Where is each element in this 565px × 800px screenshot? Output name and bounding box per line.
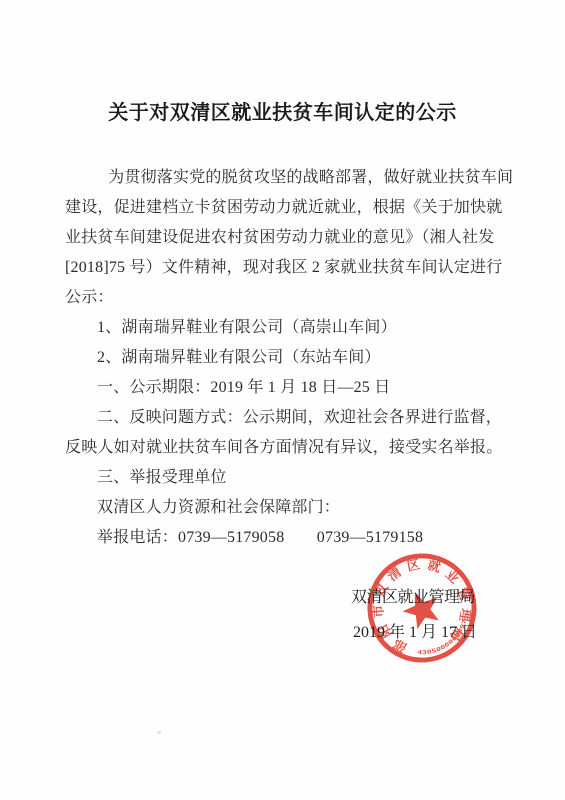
body-line: [2018]75 号）文件精神，现对我区 2 家就业扶贫车间认定进行 [65, 253, 503, 283]
body-line: 反映人如对就业扶贫车间各方面情况有异议，接受实名举报。 [65, 433, 503, 463]
list-item: 2、湖南瑞昇鞋业有限公司（东站车间） [65, 343, 503, 373]
body-line: 举报电话：0739—5179058 0739—5179158 [65, 523, 503, 553]
document-body: 为贯彻落实党的脱贫攻坚的战略部署，做好就业扶贫车间 建设，促进建档立卡贫困劳动力… [65, 163, 503, 553]
list-item: 一、公示期限：2019 年 1 月 18 日—25 日 [65, 373, 503, 403]
scan-artifact [157, 731, 161, 734]
document-page: 关于对双清区就业扶贫车间认定的公示 为贯彻落实党的脱贫攻坚的战略部署，做好就业扶… [0, 0, 565, 800]
body-line: 为贯彻落实党的脱贫攻坚的战略部署，做好就业扶贫车间 [65, 163, 503, 193]
document-title: 关于对双清区就业扶贫车间认定的公示 [0, 96, 565, 125]
body-line: 公示： [65, 283, 503, 313]
list-item: 1、湖南瑞昇鞋业有限公司（高崇山车间） [65, 313, 503, 343]
official-seal-stamp: 邵阳市双清区就业管理局 4305000000997 [362, 548, 482, 668]
list-item: 三、举报受理单位 [65, 463, 503, 493]
body-line: 双清区人力资源和社会保障部门： [65, 493, 503, 523]
signature-organization: 双清区就业管理局 [351, 584, 475, 607]
signature-date: 2019 年 1 月 17 日 [353, 619, 477, 642]
body-line: 建设，促进建档立卡贫困劳动力就近就业，根据《关于加快就 [65, 193, 503, 223]
body-line: 业扶贫车间建设促进农村贫困劳动力就业的意见》（湘人社发 [65, 223, 503, 253]
list-item: 二、反映问题方式：公示期间，欢迎社会各界进行监督， [65, 403, 503, 433]
